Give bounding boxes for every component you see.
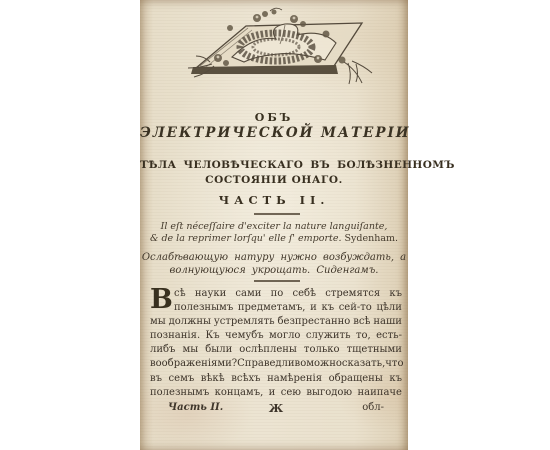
body-line: познанія.Къчемубъмоглослужитьто,есть- [150, 330, 402, 344]
epigraph-russian-line2: волнующуюся укрощать. Сиденгамъ. [140, 265, 408, 276]
body-line: либъмыбылиослѣпленытолькотщетными [150, 344, 402, 358]
book-page-scan: ОБЪ ЭЛЕКТРИЧЕСКОЙ МАТЕРІИ ТѢЛА ЧЕЛОВѢЧЕС… [140, 0, 408, 450]
title-word-ob: ОБЪ [140, 111, 408, 124]
divider-rule-top [254, 213, 300, 215]
title-subline-2: СОСТОЯНІИ ОНАГО. [140, 174, 408, 186]
footer-part-label: Часть II. [150, 402, 269, 415]
headpiece-engraving [166, 4, 381, 88]
drop-cap-initial: В [150, 286, 173, 313]
part-heading: ЧАСТЬ II. [140, 193, 408, 207]
footer-catchword: обл- [283, 402, 402, 415]
epigraph-french-source: Sydenham. [345, 233, 399, 244]
epigraph-french-text: & de la reprimer lorſqu' elle ſ' emporte… [150, 233, 345, 244]
body-paragraph: В сѣнаукисамипосебѣстремятсякъ полезнымъ… [150, 288, 402, 401]
epigraph-french-line2: & de la reprimer lorſqu' elle ſ' emporte… [140, 233, 408, 244]
title-subline-1: ТѢЛА ЧЕЛОВѢЧЕСКАГО ВЪ БОЛѢЗНЕННОМЪ [140, 159, 408, 171]
body-line: воображеніями?Справедливоможносказать,чт… [150, 358, 402, 372]
epigraph-russian-line1: Ослабѣвающую натуру нужно возбуждать, а [140, 252, 408, 263]
page-footer: Часть II. Ж обл- [150, 402, 402, 415]
body-line: сѣнаукисамипосебѣстремятсякъ [174, 288, 402, 302]
scan-background: ОБЪ ЭЛЕКТРИЧЕСКОЙ МАТЕРІИ ТѢЛА ЧЕЛОВѢЧЕС… [0, 0, 550, 450]
footer-signature-mark: Ж [269, 402, 283, 415]
title-main: ЭЛЕКТРИЧЕСКОЙ МАТЕРІИ [140, 125, 408, 141]
body-line: полезнымъконцамъ,исеювыгодоюнаипаче [150, 387, 402, 401]
divider-rule-bottom [254, 280, 300, 282]
right-sprig [344, 61, 372, 84]
body-line: мыдолжныустремлятьбезпрестанновсѣнаши [150, 316, 402, 330]
body-line: въсемъвѣкѣвсѣхънамѣреніяобращеныкъ [150, 373, 402, 387]
epigraph-french-line1: Il eſt néceſſaire d'exciter la nature la… [140, 221, 408, 232]
body-line: полезнымъпредметамъ,икъсей-тоцѣли [174, 302, 402, 316]
